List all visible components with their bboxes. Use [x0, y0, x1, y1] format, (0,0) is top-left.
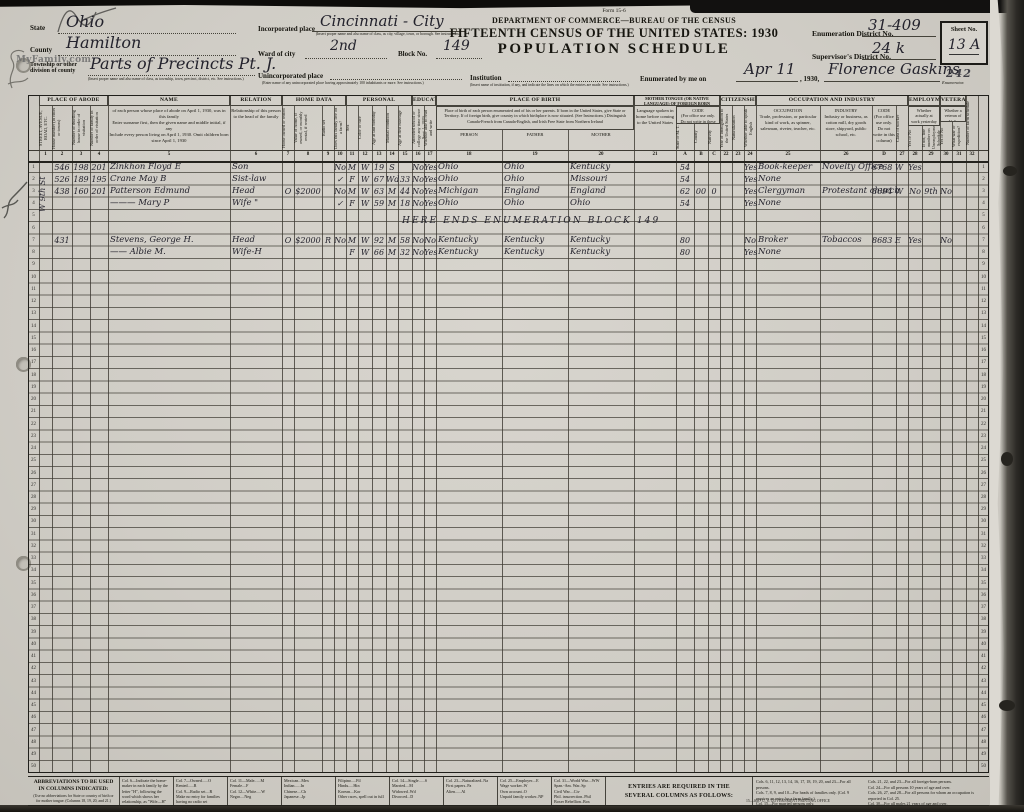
entry-own-line3: O: [282, 186, 294, 197]
column-header-ind: INDUSTRY Industry or business, as cotton…: [820, 106, 872, 150]
entry-dwell-line3: 160: [72, 186, 90, 197]
column-number-fsched: 32: [966, 150, 978, 161]
column-group-desc-place-of-birth: Place of birth of each person enumerated…: [436, 106, 634, 130]
line-number-left: 20: [28, 395, 39, 404]
line-number-left: 25: [28, 456, 39, 465]
column-number-occ: 25: [756, 150, 820, 161]
footer-abbrev-title: ABBREVIATIONS TO BE USED IN COLUMNS INDI…: [28, 777, 120, 805]
entry-fb-line7: Kentucky: [502, 235, 568, 246]
line-number-right: 10: [978, 273, 989, 282]
column-group-relation: RELATION: [230, 95, 282, 106]
line-number-right: 18: [978, 371, 989, 380]
entry-school-line1: No: [412, 162, 424, 173]
entry-fam-line3: 201: [90, 186, 108, 197]
entry-fb-line3: England: [502, 186, 568, 197]
column-group-desc-veterans: Whether a veteran of U. S. military or n…: [940, 106, 966, 122]
institution-line: [508, 80, 620, 82]
column-header-occ: OCCUPATION Trade, profession, or particu…: [756, 106, 820, 150]
footer-abbrev-cols: Col. 6—Indicate the home-maker in each f…: [120, 777, 606, 805]
entry-ind-line1: Novelty Office: [820, 162, 872, 173]
pencil-scribble: [2, 44, 32, 94]
line-number-left: 26: [28, 469, 39, 478]
institution-note: (Insert name of institution, if any, and…: [470, 83, 635, 87]
entry-eng-line4: Yes: [744, 198, 756, 209]
line-number-left: 50: [28, 762, 39, 771]
entry-sex-line2: F: [346, 174, 358, 185]
entry-fb-line2: Ohio: [502, 174, 568, 185]
column-group-citizenship: CITIZENSHIP, ETC.: [720, 95, 756, 106]
line-number-right: 38: [978, 615, 989, 624]
line-number-left: 22: [28, 420, 39, 429]
line-number-right: 37: [978, 603, 989, 612]
line-number-right: 45: [978, 701, 989, 710]
column-header-mb: MOTHER: [568, 130, 634, 150]
column-number-codeD: D: [872, 150, 896, 161]
entry-school-line2: No: [412, 174, 424, 185]
line-number-left: 11: [28, 285, 39, 294]
entry-age-line4: 59: [372, 198, 386, 209]
entry-school-line4: No: [412, 198, 424, 209]
column-number-cow: 27: [896, 150, 908, 161]
line-number-left: 1: [28, 163, 39, 172]
entry-eng-line2: Yes: [744, 174, 756, 185]
footer-abbrev-col-4: Mexican...Mex Indian......In Chinese....…: [282, 777, 336, 805]
schedule-title: POPULATION SCHEDULE: [434, 41, 794, 58]
line-number-left: 6: [28, 224, 39, 233]
column-header-fsched: Number of farm schedule: [966, 95, 978, 150]
entry-codeC-line3: 0: [708, 186, 720, 197]
column-group-desc-mother-tongue: CODE (For office use only. Do not write …: [676, 106, 720, 124]
print-code: 15—4687 U. S. GOVERNMENT PRINTING OFFICE: [746, 799, 830, 803]
sheet-number-underline: [949, 54, 979, 55]
column-group-employment: EMPLOYMENT: [908, 95, 940, 106]
entry-codeA-line7: 80: [676, 235, 694, 246]
line-number-left: 41: [28, 652, 39, 661]
entry-rw-line8: Yes: [424, 247, 436, 258]
entry-rw-line1: Yes: [424, 162, 436, 173]
line-number-right: 23: [978, 432, 989, 441]
entry-farm-line7: No: [334, 235, 346, 246]
pencil-scribble: [0, 178, 30, 222]
column-number-codeA: A: [676, 150, 694, 161]
column-group-education: EDUCATION: [412, 95, 436, 106]
entry-mb-line8: Kentucky: [568, 247, 634, 258]
column-group-home-data: HOME DATA: [282, 95, 346, 106]
entry-vetY-line3: No: [940, 186, 952, 197]
entry-race-line8: W: [358, 247, 372, 258]
line-number-left: 32: [28, 542, 39, 551]
entry-rel-line3: Head: [230, 186, 282, 197]
column-header-val: Value of home, if owned, or monthly rent…: [294, 106, 322, 150]
sheet-number-value: 13 A: [942, 37, 986, 53]
line-number-left: 24: [28, 444, 39, 453]
entry-ind-line3: Protestant church: [820, 186, 872, 197]
entry-pb-line1: Ohio: [436, 162, 502, 173]
column-header-race: Color or race: [358, 106, 372, 150]
line-number-right: 30: [978, 517, 989, 526]
entry-pb-line4: Ohio: [436, 198, 502, 209]
column-header-name: of each person whose place of abode on A…: [108, 106, 230, 150]
enumerator-name-line: [824, 80, 940, 82]
footer-entries-title: ENTRIES ARE REQUIRED IN THE SEVERAL COLU…: [606, 777, 752, 805]
line-number-left: 27: [28, 481, 39, 490]
line-number-right: 21: [978, 407, 989, 416]
line-number-right: 1: [978, 163, 989, 172]
entry-codeA-line4: 54: [676, 198, 694, 209]
column-header-rw: Whether able to read and write: [424, 106, 436, 150]
column-number-sex: 11: [346, 150, 358, 161]
column-group-veterans: VETERANS: [940, 95, 966, 106]
footer-abbrev-col-6: Col. 14—Single......S Married....M Widow…: [390, 777, 444, 805]
line-number-left: 31: [28, 530, 39, 539]
column-header-street: STREET, AVENUE, ROAD, ETC.: [39, 106, 52, 150]
township-label: Township or other division of county: [30, 62, 77, 74]
line-number-right: 41: [978, 652, 989, 661]
scan-blotch: [1001, 452, 1013, 466]
entry-school-line3: No: [412, 186, 424, 197]
entry-occ-line1: Book-keeper: [756, 162, 820, 173]
scan-blotch: [999, 700, 1015, 711]
column-number-empY: 28: [908, 150, 922, 161]
entry-name-line4: ——— Mary P: [108, 198, 230, 209]
entry-rw-line7: No: [424, 235, 436, 246]
census-sheet-page: MyFamily.com 242 State Ohio County Hamil…: [0, 0, 1024, 812]
enumeration-district-value: 31-409: [868, 16, 921, 34]
column-header-farm: Does this family live on a farm?: [334, 106, 346, 150]
entry-dwell-line2: 189: [72, 174, 90, 185]
line-number-right: 15: [978, 334, 989, 343]
line-number-right: 35: [978, 579, 989, 588]
line-number-left: 33: [28, 554, 39, 563]
entry-occ-line3: Clergyman: [756, 186, 820, 197]
line-number-right: 40: [978, 640, 989, 649]
line-number-right: 5: [978, 211, 989, 220]
entry-farm-line2: ✓: [334, 174, 346, 185]
entry-mb-line4: Ohio: [568, 198, 634, 209]
unincorporated-note: (Enter name of any unincorporated place …: [262, 81, 462, 85]
line-number-right: 9: [978, 260, 989, 269]
entry-name-line3: Patterson Edmund: [108, 186, 230, 197]
entry-farm-line1: No: [334, 162, 346, 173]
entry-empY-line3: No: [908, 186, 922, 197]
column-header-house: House number (in cities or towns): [52, 106, 72, 150]
line-number-left: 29: [28, 505, 39, 514]
entry-codeA-line2: 54: [676, 174, 694, 185]
line-number-left: 40: [28, 640, 39, 649]
column-group-place-of-abode: PLACE OF ABODE: [39, 95, 108, 106]
column-header-mar: Marital condition: [386, 106, 398, 150]
column-number-eng: 24: [744, 150, 756, 161]
footer-abbrev-col-7: Col. 23—Naturalized..Na First papers..Pa…: [444, 777, 498, 805]
census-title: FIFTEENTH CENSUS OF THE UNITED STATES: 1…: [434, 26, 794, 41]
column-header-empL: If not, line number on Unemployment Sche…: [922, 126, 940, 150]
entry-mar-line1: S: [386, 162, 398, 173]
entry-house-line7: 431: [52, 235, 72, 246]
enumerated-date: Apr 11: [744, 60, 795, 78]
line-number-left: 35: [28, 579, 39, 588]
footer-abbrev-col-9: Col. 31—World War....WW Span.-Am. War..S…: [552, 777, 606, 805]
line-number-left: 49: [28, 750, 39, 759]
entry-mb-line7: Kentucky: [568, 235, 634, 246]
entry-codeA-line3: 62: [676, 186, 694, 197]
entry-house-line2: 526: [52, 174, 72, 185]
line-number-right: 50: [978, 762, 989, 771]
column-number-codeC: C: [708, 150, 720, 161]
entry-sex-line7: M: [346, 235, 358, 246]
entry-pb-line8: Kentucky: [436, 247, 502, 258]
entry-name-line8: —— Albie M.: [108, 247, 230, 258]
column-number-mb: 20: [568, 150, 634, 161]
column-header-cow: Class of worker: [896, 106, 908, 150]
line-number-left: 18: [28, 371, 39, 380]
entry-mb-line2: Missouri: [568, 174, 634, 185]
county-value: Hamilton: [66, 33, 141, 52]
line-number-right: 48: [978, 738, 989, 747]
line-number-right: 3: [978, 187, 989, 196]
line-number-right: 7: [978, 236, 989, 245]
line-number-right: 49: [978, 750, 989, 759]
township-line: [88, 74, 255, 76]
ward-value: 2nd: [330, 38, 357, 54]
incorporated-label: Incorporated place: [258, 25, 315, 33]
line-number-left: 47: [28, 726, 39, 735]
column-number-lang: 21: [634, 150, 676, 161]
entry-race-line2: W: [358, 174, 372, 185]
column-header-fb: FATHER: [502, 130, 568, 150]
entry-name-line7: Stevens, George H.: [108, 235, 230, 246]
sheet-number-label: Sheet No.: [942, 23, 986, 33]
column-number-codeB: B: [694, 150, 708, 161]
column-header-eng: Whether able to speak English: [744, 106, 756, 150]
column-header-vetY: Yes or No: [940, 122, 952, 150]
footer-abbrev-col-3: Col. 11—Male......M Female....F Col. 12—…: [228, 777, 282, 805]
column-number-pb: 18: [436, 150, 502, 161]
entry-mb-line3: England: [568, 186, 634, 197]
line-number-right: 14: [978, 322, 989, 331]
column-header-pb: PERSON: [436, 130, 502, 150]
line-number-right: 8: [978, 248, 989, 257]
supervisors-district-line: [862, 58, 936, 60]
footer-abbrev-col-8: Col. 25—Employer....E Wage worker..W Own…: [498, 777, 552, 805]
column-number-radio: 9: [322, 150, 334, 161]
entry-occ-line8: None: [756, 247, 820, 258]
line-number-left: 14: [28, 322, 39, 331]
line-number-left: 45: [28, 701, 39, 710]
line-number-left: 12: [28, 297, 39, 306]
column-number-house: 2: [52, 150, 72, 161]
entry-sex-line3: M: [346, 186, 358, 197]
state-value: Ohio: [66, 12, 104, 31]
footer-abbrev-col-5: Filipino.....Fil Hindu.....Hin Korean...…: [336, 777, 390, 805]
entry-rel-line1: Son: [230, 162, 282, 173]
line-number-left: 30: [28, 517, 39, 526]
entry-rel-line8: Wife-H: [230, 247, 282, 258]
line-number-left: 28: [28, 493, 39, 502]
entry-mar-line7: M: [386, 235, 398, 246]
entry-fam-line1: 201: [90, 162, 108, 173]
entry-farm-line4: ✓: [334, 198, 346, 209]
column-number-fb: 19: [502, 150, 568, 161]
enumerator-label: Enumerator.: [942, 80, 964, 85]
scan-edge-bottom: [0, 805, 1024, 812]
column-header-codeB: County: [694, 124, 708, 150]
entry-codeD-line7: 8683 E: [872, 235, 896, 246]
line-number-left: 10: [28, 273, 39, 282]
column-number-name: 5: [108, 150, 230, 161]
column-header-rel: Relationship of this person to the head …: [230, 106, 282, 150]
entry-mar-line3: M: [386, 186, 398, 197]
column-number-own: 7: [282, 150, 294, 161]
column-header-agefm: Age at first marriage: [398, 106, 412, 150]
line-number-left: 16: [28, 346, 39, 355]
entry-age-line3: 63: [372, 186, 386, 197]
line-number-right: 29: [978, 505, 989, 514]
entry-fam-line2: 195: [90, 174, 108, 185]
column-number-imm: 22: [720, 150, 732, 161]
township-note: (Insert proper name and also name of cla…: [88, 77, 256, 81]
entry-occ-line4: None: [756, 198, 820, 209]
column-header-vetW: What war or expedition?: [952, 122, 966, 150]
entry-pb-line7: Kentucky: [436, 235, 502, 246]
line-number-right: 27: [978, 481, 989, 490]
enumerated-label: Enumerated by me on: [640, 75, 706, 83]
column-header-imm: Year of immigration to the United States: [720, 106, 732, 150]
entry-pb-line3: Michigan: [436, 186, 502, 197]
supervisors-district-value: 24 k: [872, 39, 905, 57]
line-number-right: 6: [978, 224, 989, 233]
entry-race-line1: W: [358, 162, 372, 173]
line-number-left: 8: [28, 248, 39, 257]
entry-codeB-line3: 00: [694, 186, 708, 197]
line-number-right: 28: [978, 493, 989, 502]
line-number-left: 17: [28, 358, 39, 367]
entry-mar-line8: M: [386, 247, 398, 258]
line-number-left: 37: [28, 603, 39, 612]
line-number-left: 7: [28, 236, 39, 245]
footer-abbreviations: ABBREVIATIONS TO BE USED IN COLUMNS INDI…: [28, 776, 989, 806]
ward-line: [305, 57, 387, 59]
entry-ind-line7: Tobaccos: [820, 235, 872, 246]
column-number-mar: 14: [386, 150, 398, 161]
line-number-left: 46: [28, 713, 39, 722]
entry-val-line3: $2000: [294, 186, 322, 197]
footer-entries-col-2: Cols. 21, 22, and 23—For all foreign-bor…: [865, 777, 977, 805]
line-number-right: 33: [978, 554, 989, 563]
column-header-codeA: State or M. T.: [676, 124, 694, 150]
county-label: County: [30, 46, 52, 54]
entry-sex-line4: F: [346, 198, 358, 209]
ward-label: Ward of city: [258, 50, 295, 58]
line-number-right: 16: [978, 346, 989, 355]
enumeration-district-line: [862, 35, 936, 37]
column-number-agefm: 15: [398, 150, 412, 161]
entry-fb-line4: Ohio: [502, 198, 568, 209]
column-header-fam: Number of family in order of visitation: [90, 106, 108, 150]
entry-radio-line7: R: [322, 235, 334, 246]
line-number-right: 42: [978, 664, 989, 673]
line-number-right: 31: [978, 530, 989, 539]
entry-farm-line3: No: [334, 186, 346, 197]
column-number-dwell: 3: [72, 150, 90, 161]
line-number-left: 21: [28, 407, 39, 416]
entry-rel-line4: Wife ": [230, 198, 282, 209]
entry-house-line1: 546: [52, 162, 72, 173]
institution-label: Institution: [470, 74, 502, 82]
block-label: Block No.: [398, 50, 427, 58]
entry-rw-line4: Yes: [424, 198, 436, 209]
line-number-right: 34: [978, 566, 989, 575]
column-header-school: Attended school or college any time sinc…: [412, 106, 424, 150]
entry-name-line1: Zinkhon Floyd E: [108, 162, 230, 173]
line-number-right: 2: [978, 175, 989, 184]
entry-codeD-line3: 8694 W: [872, 186, 896, 197]
column-header-codeC: Nativity: [708, 124, 720, 150]
line-number-right: 46: [978, 713, 989, 722]
entry-rel-line2: Sist-law: [230, 174, 282, 185]
township-value: Parts of Precincts Pt. J.: [90, 54, 276, 73]
entry-house-line3: 438: [52, 186, 72, 197]
entry-pb-line2: Ohio: [436, 174, 502, 185]
entry-rel-line7: Head: [230, 235, 282, 246]
line-number-left: 36: [28, 591, 39, 600]
enumerated-year: , 1930,: [800, 75, 819, 83]
column-header-sex: Sex: [346, 106, 358, 150]
column-number-ind: 26: [820, 150, 872, 161]
entry-school-line8: No: [412, 247, 424, 258]
line-number-right: 22: [978, 420, 989, 429]
entry-age-line2: 67: [372, 174, 386, 185]
line-number-right: 4: [978, 199, 989, 208]
entry-sex-line8: F: [346, 247, 358, 258]
column-number-race: 12: [358, 150, 372, 161]
entry-codeD-line1: 6768 W: [872, 162, 896, 173]
column-group-desc-employment: Whether actually at work yesterday (or t…: [908, 106, 940, 126]
entry-school-line7: No: [412, 235, 424, 246]
line-number-left: 23: [28, 432, 39, 441]
line-number-left: 13: [28, 309, 39, 318]
unincorporated-line: [330, 78, 462, 80]
entry-fb-line8: Kentucky: [502, 247, 568, 258]
entry-fb-line1: Ohio: [502, 162, 568, 173]
entry-occ-line7: Broker: [756, 235, 820, 246]
entry-sex-line1: M: [346, 162, 358, 173]
entry-eng-line7: No: [744, 235, 756, 246]
entry-eng-line8: Yes: [744, 247, 756, 258]
line-number-right: 44: [978, 689, 989, 698]
line-number-left: 39: [28, 628, 39, 637]
entry-rw-line2: Yes: [424, 174, 436, 185]
entry-empY-line1: Yes: [908, 162, 922, 173]
incorporated-value: Cincinnati - City: [320, 12, 444, 30]
entry-race-line3: W: [358, 186, 372, 197]
column-number-empL: 29: [922, 150, 940, 161]
entry-eng-line1: Yes: [744, 162, 756, 173]
line-number-right: 20: [978, 395, 989, 404]
line-number-right: 11: [978, 285, 989, 294]
line-number-left: 19: [28, 383, 39, 392]
entry-agefm-line3: 44: [398, 186, 412, 197]
footer-abbrev-col-1: Col. 6—Indicate the home-maker in each f…: [120, 777, 174, 805]
here-ends-note: HERE ENDS ENUMERATION BLOCK 149: [402, 216, 660, 226]
entry-empY-line7: Yes: [908, 235, 922, 246]
entry-dwell-line1: 198: [72, 162, 90, 173]
entry-agefm-line8: 32: [398, 247, 412, 258]
line-number-right: 26: [978, 469, 989, 478]
column-group-occupation-industry: OCCUPATION AND INDUSTRY: [756, 95, 908, 106]
line-number-right: 39: [978, 628, 989, 637]
state-label: State: [30, 24, 45, 32]
footer-abbrev-col-2: Col. 7—Owned......O Rented......R Col. 9…: [174, 777, 228, 805]
